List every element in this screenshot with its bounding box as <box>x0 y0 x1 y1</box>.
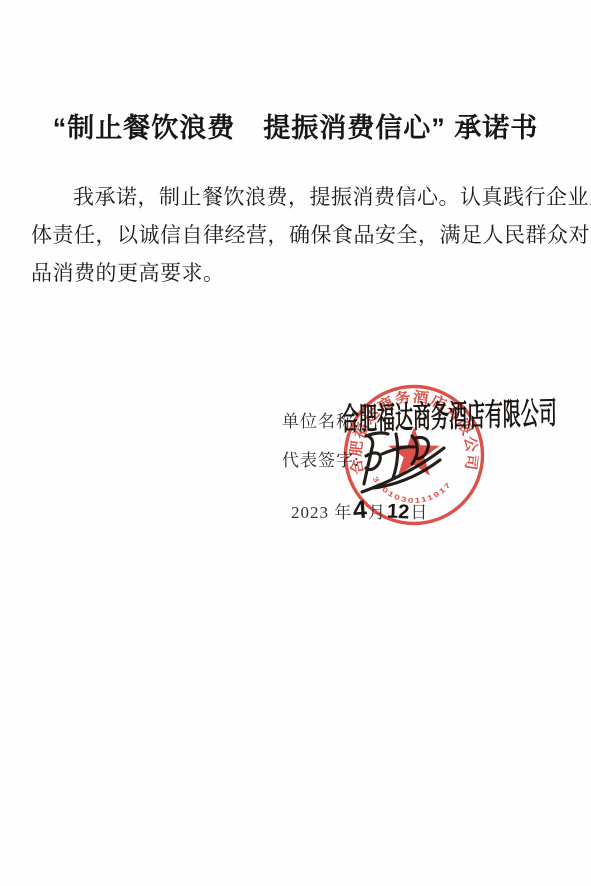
pledge-paragraph: 我承诺，制止餐饮浪费，提振消费信心。认真践行企业主 体责任，以诚信自律经营，确保… <box>31 178 559 292</box>
scanned-pledge-document: “制止餐饮浪费 提振消费信心” 承诺书 我承诺，制止餐饮浪费，提振消费信心。认真… <box>0 0 591 886</box>
date-day-label: 日 <box>410 498 428 523</box>
date-month-handwritten: 4 <box>352 496 368 526</box>
date-month-label: 月 <box>368 498 386 523</box>
date-day-handwritten: 12 <box>387 500 410 524</box>
signature-strokes <box>362 433 444 492</box>
date-line: 2023 年 4 月 12 日 <box>291 496 428 525</box>
document-title: “制止餐饮浪费 提振消费信心” 承诺书 <box>0 106 591 145</box>
pledge-line-2: 体责任，以诚信自律经营，确保食品安全，满足人民群众对食 <box>31 216 559 254</box>
pledge-line-1: 我承诺，制止餐饮浪费，提振消费信心。认真践行企业主 <box>31 178 559 216</box>
date-year-printed: 2023 年 <box>291 498 352 523</box>
pledge-line-3: 品消费的更高要求。 <box>31 254 559 292</box>
representative-signature <box>352 428 462 500</box>
